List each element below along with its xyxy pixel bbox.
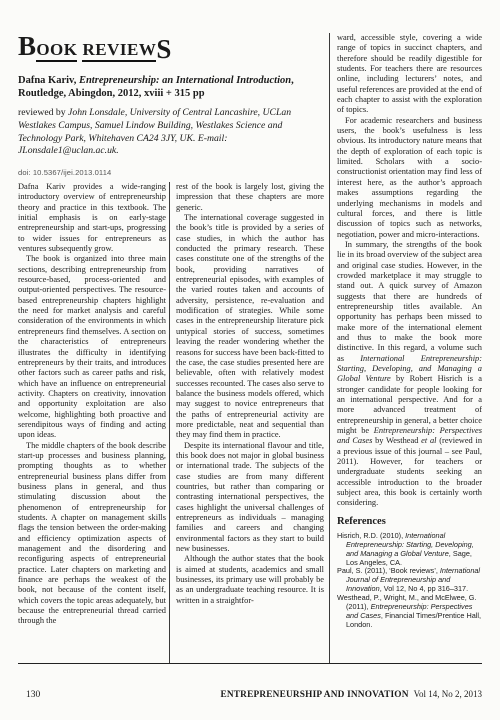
text-column-3: ward, accessible style, covering a wide … <box>329 33 482 663</box>
masthead-letter-b: B <box>18 33 36 61</box>
left-area: BOOKREVIEWS Dafna Kariv, Entrepreneurshi… <box>18 33 324 663</box>
paragraph: ward, accessible style, covering a wide … <box>337 33 482 116</box>
paragraph: The book is organized into three main se… <box>18 254 166 440</box>
footer-rule <box>18 663 482 664</box>
paragraph: Despite its international flavour and ti… <box>176 441 324 555</box>
content-area: BOOKREVIEWS Dafna Kariv, Entrepreneurshi… <box>18 33 482 663</box>
page-number: 130 <box>26 690 40 700</box>
paragraph: The international coverage suggested in … <box>176 213 324 441</box>
paragraph: rest of the book is largely lost, giving… <box>176 182 324 213</box>
text-column-2: rest of the book is largely lost, giving… <box>169 182 324 663</box>
masthead-word-review: REVIEW <box>82 40 156 62</box>
paragraph: In summary, the strengths of the book li… <box>337 240 482 509</box>
paragraph: Paul, S. (2011), ‘Book reviews’, Interna… <box>337 567 482 594</box>
paragraph: The middle chapters of the book describe… <box>18 441 166 627</box>
text-column-1: Dafna Kariv provides a wide-ranging intr… <box>18 182 166 663</box>
review-header: BOOKREVIEWS Dafna Kariv, Entrepreneurshi… <box>18 33 324 182</box>
paragraph: Dafna Kariv provides a wide-ranging intr… <box>18 182 166 254</box>
paragraph: For academic researchers and business us… <box>337 116 482 240</box>
journal-page: BOOKREVIEWS Dafna Kariv, Entrepreneurshi… <box>0 0 500 720</box>
doi-line: doi: 10.5367/ijei.2013.0114 <box>18 168 324 177</box>
paragraph: reviewed by John Lonsdale, University of… <box>18 107 324 158</box>
references-heading: References <box>337 516 482 527</box>
journal-title-line: ENTREPRENEURSHIP AND INNOVATIONVol 14, N… <box>220 684 482 702</box>
paragraph: Although the author states that the book… <box>176 554 324 606</box>
book-citation: Dafna Kariv, Entrepreneurship: an Intern… <box>18 74 324 100</box>
page-footer: 130 ENTREPRENEURSHIP AND INNOVATIONVol 1… <box>18 684 482 702</box>
reviewer-info: reviewed by John Lonsdale, University of… <box>18 107 324 158</box>
issue-info: Vol 14, No 2, 2013 <box>414 689 482 699</box>
body-two-columns: Dafna Kariv provides a wide-ranging intr… <box>18 182 324 663</box>
book-reviews-masthead: BOOKREVIEWS <box>18 33 324 63</box>
masthead-letter-s: S <box>156 34 171 64</box>
paragraph: Westhead, P., Wright, M., and McElwee, G… <box>337 594 482 630</box>
masthead-word-ook: OOK <box>36 40 77 62</box>
paragraph: Hisrich, R.D. (2010), International Entr… <box>337 532 482 568</box>
journal-name: ENTREPRENEURSHIP AND INNOVATION <box>220 690 408 700</box>
references-list: Hisrich, R.D. (2010), International Entr… <box>337 532 482 630</box>
paragraph: Dafna Kariv, Entrepreneurship: an Intern… <box>18 74 324 100</box>
column-3-text: ward, accessible style, covering a wide … <box>337 33 482 509</box>
